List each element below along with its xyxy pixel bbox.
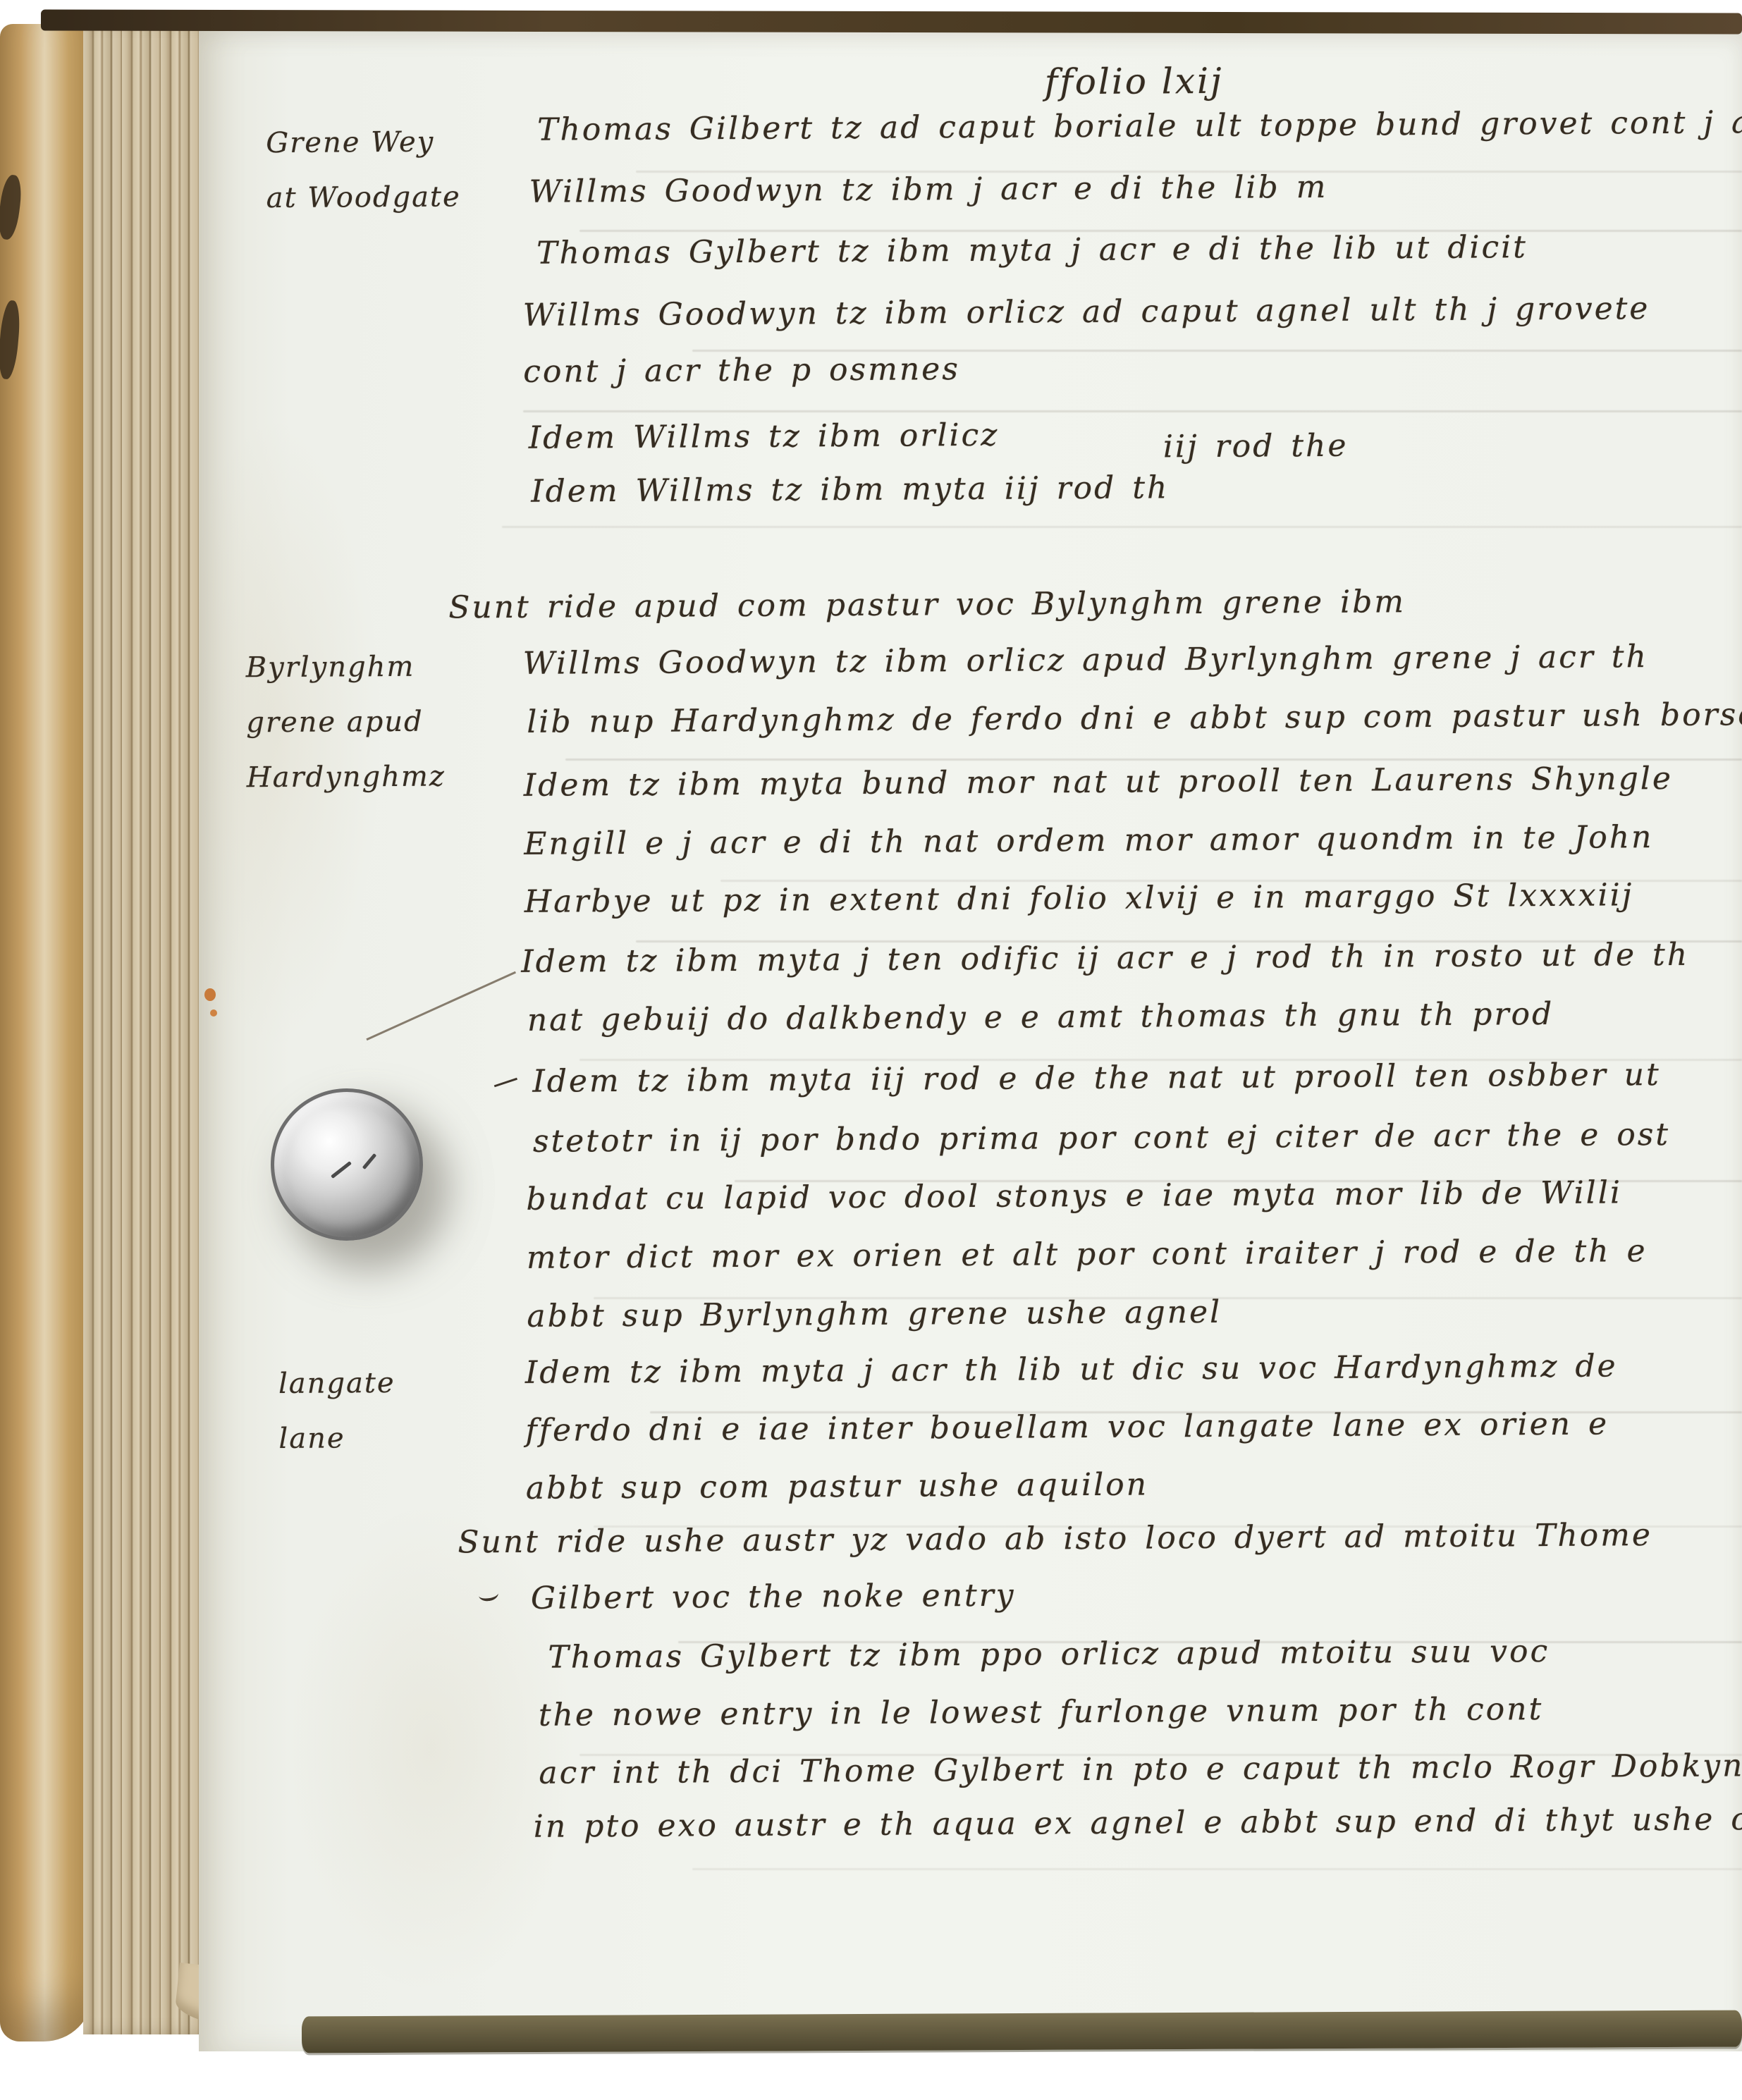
text-line: Thomas Gylbert tz ibm myta j acr e di th…	[536, 229, 1528, 271]
text-line: stetotr in ij por bndo prima por cont ej…	[533, 1117, 1670, 1160]
text-line: fferdo dni e iae inter bouellam voc lang…	[525, 1406, 1609, 1448]
text-line: iij rod the	[1163, 428, 1349, 465]
text-line: cont j acr the p osmnes	[523, 351, 960, 390]
margin-note: Byrlynghm grene apud Hardynghmz	[246, 639, 446, 806]
book-top-edge	[41, 9, 1742, 34]
text-line: abbt sup com pastur ushe aquilon	[526, 1466, 1148, 1506]
text-line: Sunt ride ushe austr yz vado ab isto loc…	[458, 1517, 1652, 1560]
margin-note-line: Grene Wey	[266, 114, 460, 171]
paragraph-squiggle-mark	[478, 1586, 499, 1602]
text-line: Willms Goodwyn tz ibm orlicz ad caput ag…	[523, 290, 1650, 333]
stray-pen-stroke	[366, 971, 516, 1040]
ink-layer: ffolio lxij Grene Wey at Woodgate Byrlyn…	[199, 21, 1742, 2051]
text-line: bundat cu lapid voc dool stonys e iae my…	[526, 1174, 1622, 1217]
text-line: nat gebuij do dalkbendy e e amt thomas t…	[527, 996, 1554, 1038]
book-bottom-edge	[302, 2010, 1742, 2053]
text-line: Idem Willms tz ibm myta iij rod th	[531, 469, 1169, 510]
manuscript-page: ffolio lxij Grene Wey at Woodgate Byrlyn…	[199, 21, 1742, 2051]
text-line: the nowe entry in le lowest furlonge vnu…	[539, 1691, 1544, 1733]
stud-scratch	[362, 1153, 377, 1169]
folio-header: ffolio lxij	[1045, 61, 1224, 103]
text-line: in pto exo austr e th aqua ex agnel e ab…	[534, 1801, 1742, 1845]
text-line: Gilbert voc the noke entry	[531, 1578, 1016, 1616]
metal-stud	[271, 1088, 423, 1241]
manuscript-photo: ffolio lxij Grene Wey at Woodgate Byrlyn…	[0, 0, 1742, 2100]
text-line: abbt sup Byrlynghm grene ushe agnel	[527, 1294, 1222, 1334]
text-line: Sunt ride apud com pastur voc Bylynghm g…	[448, 584, 1406, 625]
text-line: mtor dict mor ex orien et alt por cont i…	[527, 1233, 1648, 1276]
text-line: acr int th dci Thome Gylbert in pto e ca…	[539, 1748, 1742, 1791]
paragraph-tick-mark	[494, 1078, 517, 1088]
rust-speck	[210, 1009, 217, 1017]
stud-scratch	[331, 1161, 352, 1179]
text-line: Idem tz ibm myta j ten odific ij acr e j…	[521, 937, 1689, 980]
margin-note: langate lane	[278, 1356, 396, 1466]
margin-note-line: lane	[278, 1411, 395, 1466]
margin-note: Grene Wey at Woodgate	[266, 114, 461, 226]
rust-speck	[204, 988, 216, 1001]
text-line: Thomas Gilbert tz ad caput boriale ult t…	[537, 104, 1742, 148]
text-line: Willms Goodwyn tz ibm orlicz apud Byrlyn…	[523, 639, 1648, 682]
text-line: lib nup Hardynghmz de ferdo dni e abbt s…	[527, 696, 1742, 740]
text-line: Engill e j acr e di th nat ordem mor amo…	[524, 819, 1653, 862]
text-line: Thomas Gylbert tz ibm ppo orlicz apud mt…	[548, 1633, 1550, 1676]
text-line: Harbye ut pz in extent dni folio xlvij e…	[525, 877, 1634, 920]
text-line: Idem tz ibm myta bund mor nat ut prooll …	[524, 761, 1673, 804]
text-line: Idem Willms tz ibm orlicz	[529, 417, 1000, 456]
text-line: Willms Goodwyn tz ibm j acr e di the lib…	[529, 169, 1328, 210]
margin-note-line: Hardynghmz	[247, 749, 446, 806]
margin-note-line: Byrlynghm	[246, 639, 446, 696]
text-line: Idem tz ibm myta iij rod e de the nat ut…	[532, 1057, 1661, 1100]
margin-note-line: grene apud	[246, 694, 446, 751]
margin-note-line: at Woodgate	[266, 169, 460, 226]
margin-note-line: langate	[278, 1356, 395, 1411]
text-line: Idem tz ibm myta j acr th lib ut dic su …	[525, 1348, 1618, 1390]
